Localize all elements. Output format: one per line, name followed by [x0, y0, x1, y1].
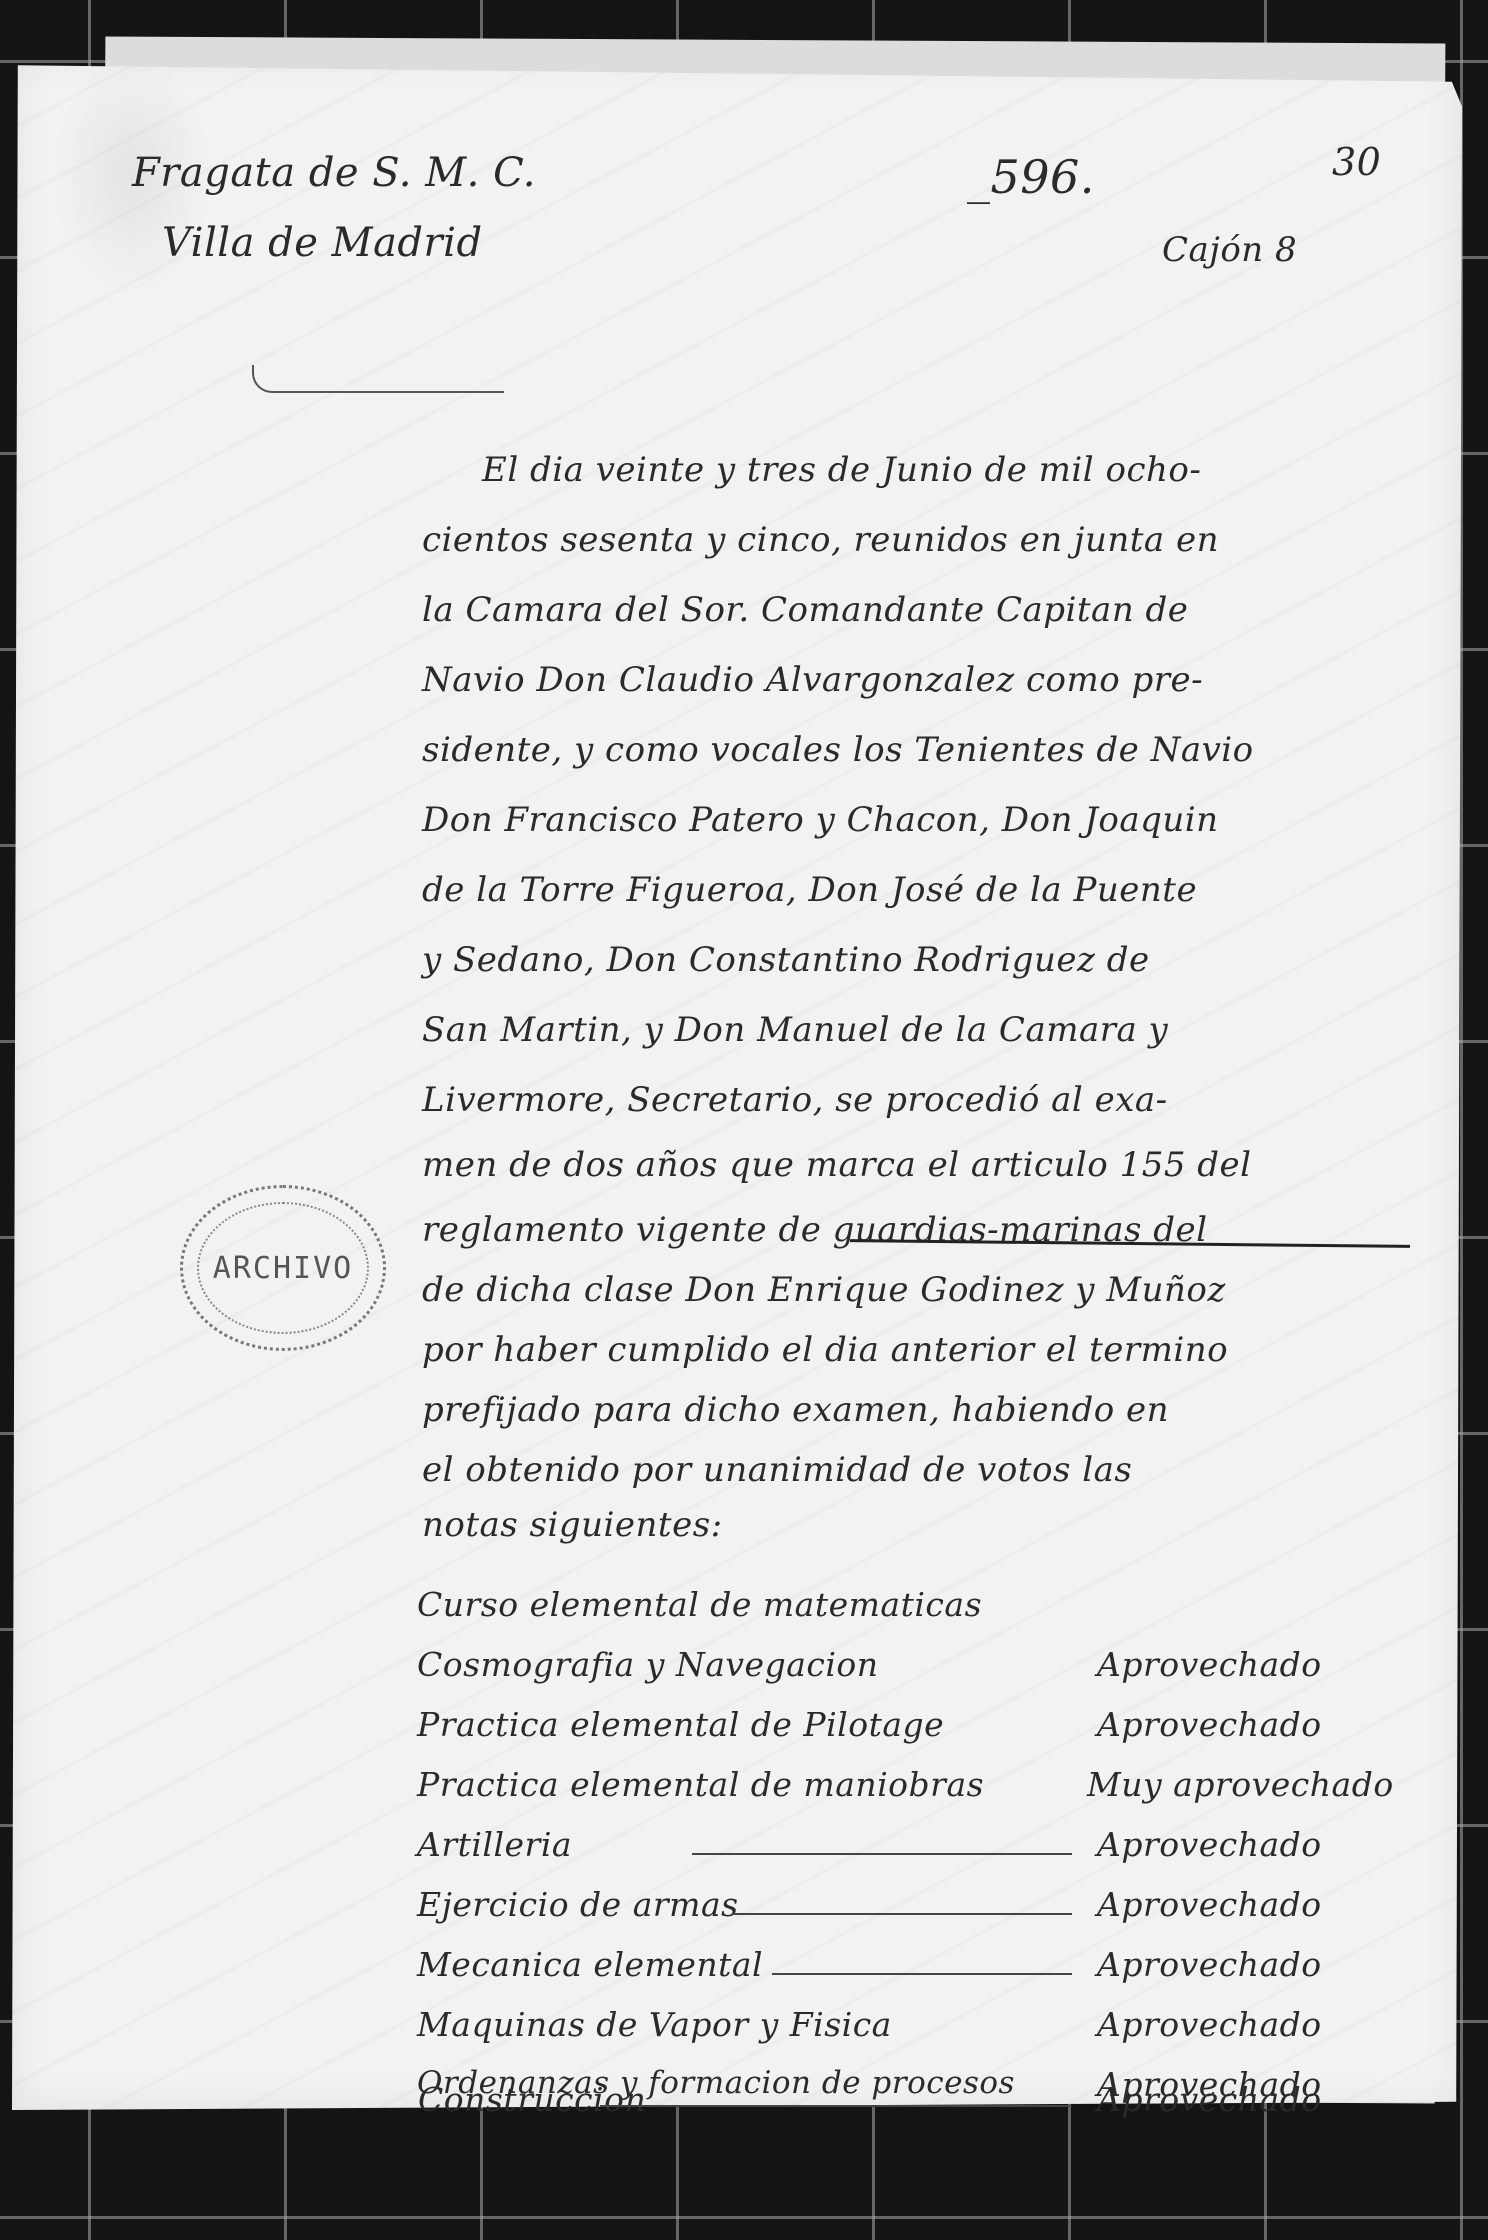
heading-line-1: Fragata de S. M. C.: [132, 150, 536, 196]
grade-subject: Practica elemental de maniobras: [417, 1765, 984, 1804]
leader-dash: [600, 2105, 1070, 2107]
box-label: Cajón 8: [1162, 230, 1297, 270]
body-line: la Camara del Sor. Comandante Capitan de: [422, 590, 1188, 630]
body-line: notas siguientes:: [422, 1505, 723, 1545]
heading-line-2: Villa de Madrid: [162, 220, 483, 266]
body-line: Livermore, Secretario, se procedió al ex…: [422, 1080, 1168, 1120]
body-line: Don Francisco Patero y Chacon, Don Joaqu…: [422, 800, 1219, 840]
heading-flourish: [252, 365, 504, 393]
body-line: cientos sesenta y cinco, reunidos en jun…: [422, 520, 1219, 560]
grade-value: Aprovechado: [1097, 2005, 1322, 2044]
leader-dash: [732, 1913, 1072, 1915]
grade-value: Aprovechado: [1097, 1945, 1322, 1984]
grade-value: Aprovechado: [1097, 1705, 1322, 1744]
grade-subject: Ejercicio de armas: [417, 1885, 739, 1924]
grade-subject: Mecanica elemental: [417, 1945, 763, 1984]
leader-dash: [692, 1853, 1072, 1855]
grade-value: Aprovechado: [1097, 1645, 1322, 1684]
grade-subject: Artilleria: [417, 1825, 572, 1864]
grade-value: Aprovechado: [1097, 1825, 1322, 1864]
body-line: el obtenido por unanimidad de votos las: [422, 1450, 1132, 1490]
body-line: sidente, y como vocales los Tenientes de…: [422, 730, 1254, 770]
body-line: de la Torre Figueroa, Don José de la Pue…: [422, 870, 1197, 910]
grade-subject: Construccion: [418, 2080, 646, 2119]
grade-subject: Curso elemental de matematicas: [417, 1585, 982, 1624]
grade-value: Muy aprovechado: [1087, 1765, 1394, 1804]
manuscript-page: Fragata de S. M. C. Villa de Madrid _596…: [12, 55, 1462, 2110]
leader-dash: [772, 1973, 1072, 1975]
grade-value: Aprovechado: [1097, 1885, 1322, 1924]
body-line: por haber cumplido el dia anterior el te…: [422, 1330, 1228, 1370]
body-line: men de dos años que marca el articulo 15…: [422, 1145, 1252, 1185]
body-line: de dicha clase Don Enrique Godinez y Muñ…: [422, 1270, 1226, 1310]
body-line: El dia veinte y tres de Junio de mil och…: [482, 450, 1201, 490]
grade-subject: Cosmografia y Navegacion: [417, 1645, 879, 1684]
folio-number: 30: [1332, 140, 1381, 184]
reference-number: _596.: [967, 150, 1095, 204]
archive-stamp: ARCHIVO: [180, 1185, 386, 1351]
grade-subject: Maquinas de Vapor y Fisica: [417, 2005, 892, 2044]
grade-subject: Practica elemental de Pilotage: [417, 1705, 944, 1744]
body-line: prefijado para dicho examen, habiendo en: [422, 1390, 1169, 1430]
grade-value: Aprovechado: [1097, 2080, 1322, 2119]
body-line: Navio Don Claudio Alvargonzalez como pre…: [422, 660, 1203, 700]
body-line: San Martin, y Don Manuel de la Camara y: [422, 1010, 1168, 1050]
archive-stamp-text: ARCHIVO: [213, 1251, 353, 1286]
body-line: y Sedano, Don Constantino Rodriguez de: [422, 940, 1150, 980]
